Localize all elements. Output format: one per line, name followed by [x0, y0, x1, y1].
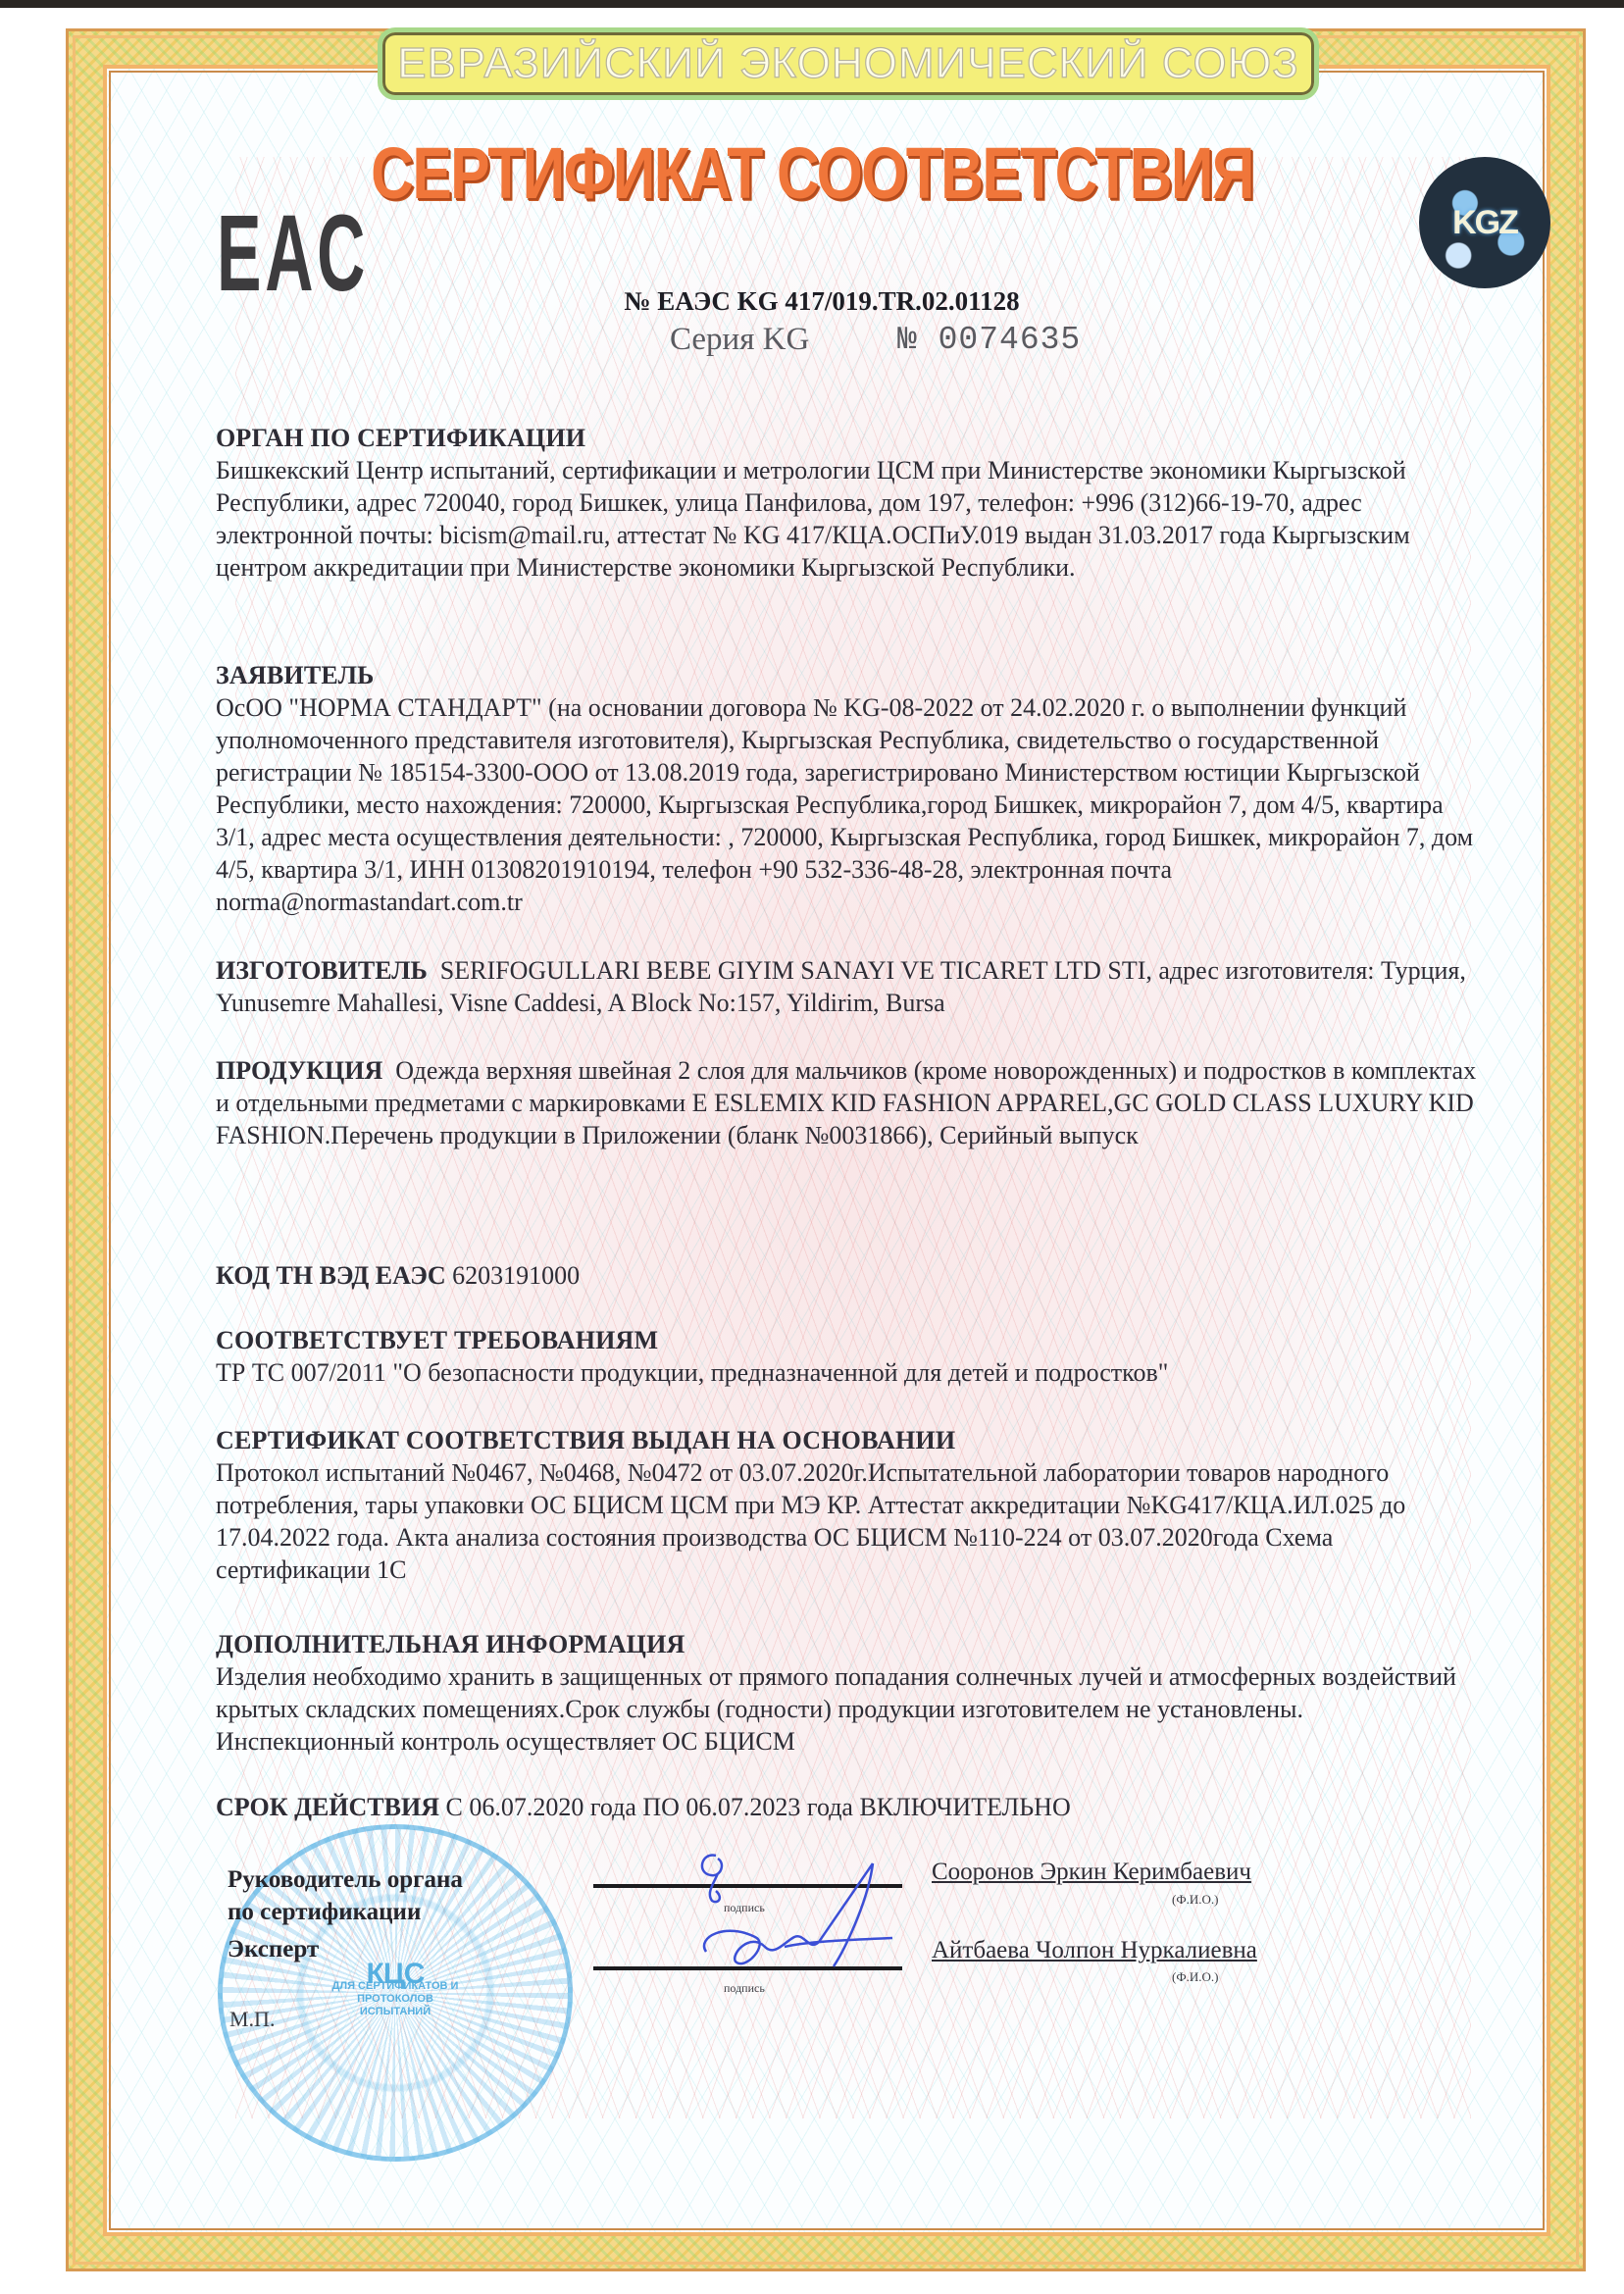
validity-dates: С 06.07.2020 года ПО 06.07.2023 года ВКЛ… — [446, 1793, 1071, 1821]
hologram-text: KGZ — [1452, 204, 1517, 242]
seal-place-label: М.П. — [229, 2007, 275, 2032]
section-text: Протокол испытаний №0467, №0468, №0472 о… — [216, 1456, 1481, 1586]
fio-caption-head: (Ф.И.О.) — [1172, 1892, 1218, 1908]
signature-caption-expert: подпись — [724, 1981, 765, 1996]
expert-label: Эксперт — [228, 1933, 319, 1965]
section-text: Изделия необходимо хранить в защищенных … — [216, 1660, 1481, 1758]
head-of-body-label-line2: по сертификации — [228, 1896, 421, 1928]
seal-inner-text: ДЛЯ СЕРТИФИКАТОВ И ПРОТОКОЛОВ ИСПЫТАНИЙ — [331, 1980, 459, 2018]
series-label: Серия KG — [670, 322, 809, 358]
blank-number: № 0074635 — [897, 322, 1081, 358]
seal-logo-icon: КЦС — [331, 1967, 459, 1980]
section-product: ПРОДУКЦИЯ Одежда верхняя швейная 2 слоя … — [216, 1054, 1481, 1151]
hologram-sticker-icon: KGZ — [1419, 157, 1550, 288]
section-heading: СООТВЕТСТВУЕТ ТРЕБОВАНИЯМ — [216, 1324, 1481, 1356]
section-heading: СРОК ДЕЙСТВИЯ — [216, 1793, 439, 1821]
section-requirements: СООТВЕТСТВУЕТ ТРЕБОВАНИЯМ ТР ТС 007/2011… — [216, 1324, 1481, 1389]
registration-number: № ЕАЭС KG 417/019.TR.02.01128 — [0, 286, 1624, 317]
signature-line-head — [593, 1884, 902, 1888]
section-heading: ПРОДУКЦИЯ — [216, 1056, 382, 1085]
signature-line-expert — [593, 1966, 902, 1970]
section-hs-code: КОД ТН ВЭД ЕАЭС 6203191000 — [216, 1259, 1481, 1292]
section-heading: СЕРТИФИКАТ СООТВЕТСТВИЯ ВЫДАН НА ОСНОВАН… — [216, 1424, 1481, 1456]
section-heading: КОД ТН ВЭД ЕАЭС — [216, 1261, 446, 1290]
union-banner: ЕВРАЗИЙСКИЙ ЭКОНОМИЧЕСКИЙ СОЮЗ — [378, 27, 1319, 100]
fio-caption-expert: (Ф.И.О.) — [1172, 1969, 1218, 1985]
union-banner-text: ЕВРАЗИЙСКИЙ ЭКОНОМИЧЕСКИЙ СОЮЗ — [397, 39, 1299, 88]
section-additional-info: ДОПОЛНИТЕЛЬНАЯ ИНФОРМАЦИЯ Изделия необхо… — [216, 1628, 1481, 1758]
expert-name: Айтбаева Чолпон Нуркалиевна — [932, 1937, 1257, 1964]
scan-edge — [0, 0, 1624, 8]
section-manufacturer: ИЗГОТОВИТЕЛЬ SERIFOGULLARI BEBE GIYIM SA… — [216, 954, 1481, 1019]
head-of-body-label-line1: Руководитель органа — [228, 1863, 463, 1896]
section-heading: ЗАЯВИТЕЛЬ — [216, 659, 1481, 691]
hs-code-value: 6203191000 — [452, 1261, 580, 1290]
section-heading: ДОПОЛНИТЕЛЬНАЯ ИНФОРМАЦИЯ — [216, 1628, 1481, 1660]
section-validity: СРОК ДЕЙСТВИЯ С 06.07.2020 года ПО 06.07… — [216, 1791, 1481, 1823]
section-text: ТР ТС 007/2011 "О безопасности продукции… — [216, 1356, 1481, 1389]
signature-caption-head: подпись — [724, 1901, 765, 1915]
section-applicant: ЗАЯВИТЕЛЬ ОсОО "НОРМА СТАНДАРТ" (на осно… — [216, 659, 1481, 918]
section-text: Бишкекский Центр испытаний, сертификации… — [216, 454, 1481, 584]
seal-center: КЦС ДЛЯ СЕРТИФИКАТОВ И ПРОТОКОЛОВ ИСПЫТА… — [331, 1967, 459, 2018]
section-certification-body: ОРГАН ПО СЕРТИФИКАЦИИ Бишкекский Центр и… — [216, 422, 1481, 584]
section-text: Одежда верхняя швейная 2 слоя для мальчи… — [216, 1056, 1476, 1149]
section-text: ОсОО "НОРМА СТАНДАРТ" (на основании дого… — [216, 691, 1481, 918]
head-of-body-name: Сооронов Эркин Керимбаевич — [932, 1859, 1251, 1886]
section-heading: ОРГАН ПО СЕРТИФИКАЦИИ — [216, 422, 1481, 454]
section-heading: ИЗГОТОВИТЕЛЬ — [216, 956, 428, 985]
section-basis: СЕРТИФИКАТ СООТВЕТСТВИЯ ВЫДАН НА ОСНОВАН… — [216, 1424, 1481, 1586]
